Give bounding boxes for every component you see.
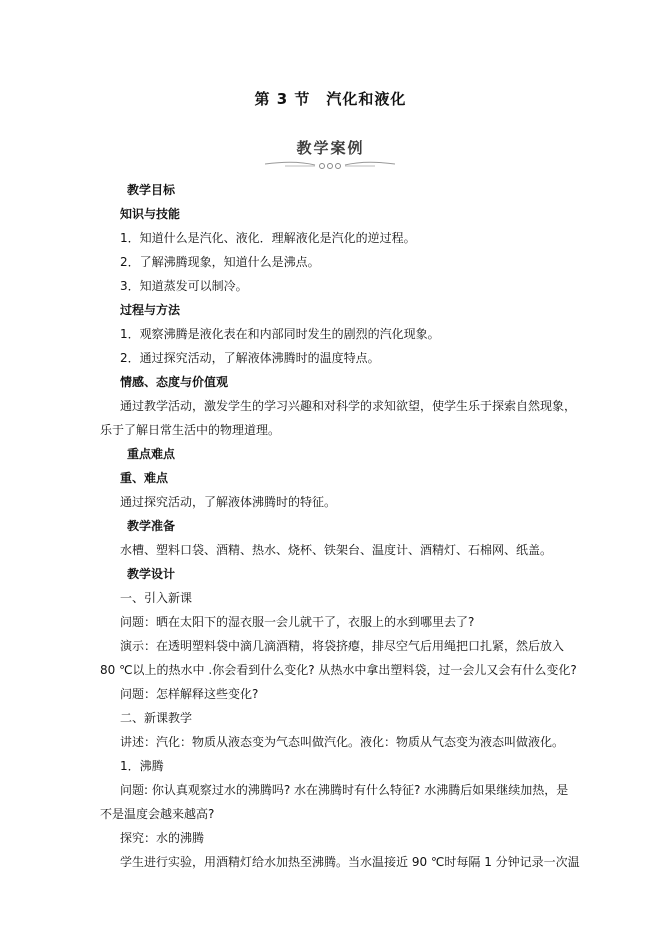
section-heading: 教学目标 bbox=[100, 178, 562, 202]
paragraph-line: 问题: 你认真观察过水的沸腾吗? 水在沸腾时有什么特征? 水沸腾后如果继续加热，… bbox=[100, 778, 562, 802]
paragraph-line: 1．沸腾 bbox=[100, 754, 562, 778]
document-body: 教学目标知识与技能1．知道什么是汽化、液化．理解液化是汽化的逆过程。2．了解沸腾… bbox=[100, 178, 562, 874]
paragraph-line: 学生进行实验，用酒精灯给水加热至沸腾。当水温接近 90 ℃时每隔 1 分钟记录一… bbox=[100, 850, 562, 874]
paragraph-line: 通过教学活动，激发学生的学习兴趣和对科学的求知欲望，使学生乐于探索自然现象， bbox=[100, 394, 562, 418]
paragraph-line: 3．知道蒸发可以制冷。 bbox=[100, 274, 562, 298]
subsection-heading: 重、难点 bbox=[100, 466, 562, 490]
paragraph-line: 2．通过探究活动，了解液体沸腾时的温度特点。 bbox=[100, 346, 562, 370]
paragraph-line: 通过探究活动，了解液体沸腾时的特征。 bbox=[100, 490, 562, 514]
paragraph-line: 演示：在透明塑料袋中滴几滴酒精，将袋挤瘪，排尽空气后用绳把口扎紧，然后放入 bbox=[100, 634, 562, 658]
paragraph-line: 讲述：汽化：物质从液态变为气态叫做汽化。液化：物质从气态变为液态叫做液化。 bbox=[100, 730, 562, 754]
paragraph-line: 1．知道什么是汽化、液化．理解液化是汽化的逆过程。 bbox=[100, 226, 562, 250]
paragraph-line: 1．观察沸腾是液化表在和内部同时发生的剧烈的汽化现象。 bbox=[100, 322, 562, 346]
section-heading: 重点难点 bbox=[100, 442, 562, 466]
section-heading: 教学设计 bbox=[100, 562, 562, 586]
paragraph-line: 2．了解沸腾现象，知道什么是沸点。 bbox=[100, 250, 562, 274]
paragraph-line: 探究：水的沸腾 bbox=[100, 826, 562, 850]
section-banner: 教学案例 bbox=[0, 137, 661, 158]
subsection-heading: 情感、态度与价值观 bbox=[100, 370, 562, 394]
paragraph-line: 不是温度会越来越高? bbox=[100, 802, 562, 826]
paragraph-line: 问题：怎样解释这些变化? bbox=[100, 682, 562, 706]
subsection-heading: 过程与方法 bbox=[100, 298, 562, 322]
paragraph-line: 乐于了解日常生活中的物理道理。 bbox=[100, 418, 562, 442]
page-title: 第 3 节 汽化和液化 bbox=[0, 88, 661, 109]
subsection-heading: 知识与技能 bbox=[100, 202, 562, 226]
paragraph-line: 水槽、塑料口袋、酒精、热水、烧杯、铁架台、温度计、酒精灯、石棉网、纸盖。 bbox=[100, 538, 562, 562]
paragraph-line: 二、新课教学 bbox=[100, 706, 562, 730]
paragraph-line: 问题：晒在太阳下的湿衣服一会儿就干了，衣服上的水到哪里去了? bbox=[100, 610, 562, 634]
paragraph-line: 一、引入新课 bbox=[100, 586, 562, 610]
paragraph-line: 80 ℃以上的热水中 .你会看到什么变化? 从热水中拿出塑料袋，过一会儿又会有什… bbox=[100, 658, 562, 682]
ornament-divider-icon bbox=[265, 158, 395, 170]
section-heading: 教学准备 bbox=[100, 514, 562, 538]
